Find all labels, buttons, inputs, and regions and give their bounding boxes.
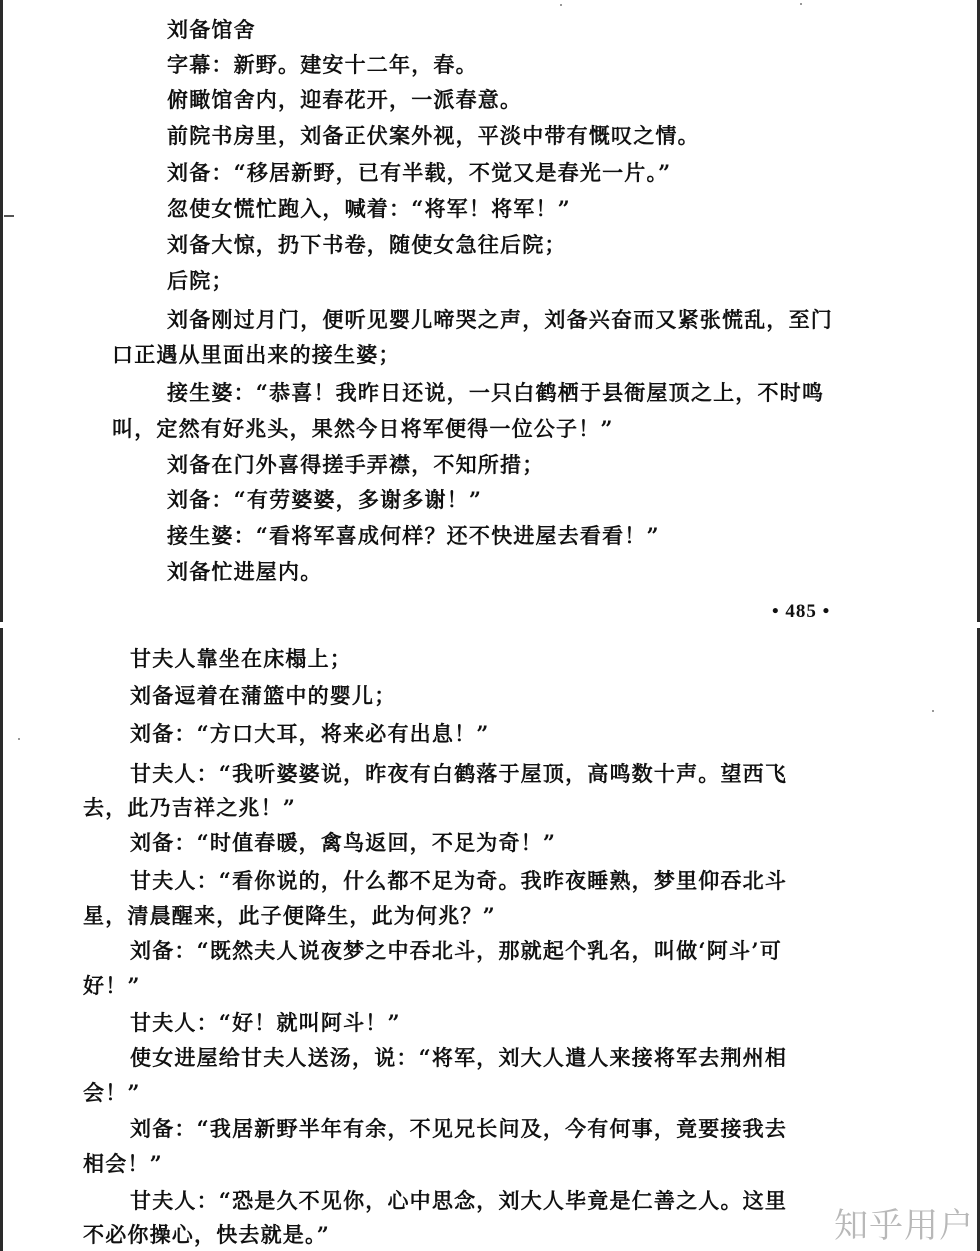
scan-speck <box>18 738 20 740</box>
text-line: 使女进屋给甘夫人送汤，说：“将军，刘大人遣人来接将军去荆州相 <box>130 1045 787 1071</box>
text-line: 不必你操心，快去就是。” <box>83 1222 330 1248</box>
scan-speck <box>932 710 934 712</box>
text-line: 甘夫人：“恐是久不见你，心中思念，刘大人毕竟是仁善之人。这里 <box>130 1188 787 1214</box>
page-edge-left <box>0 628 3 1251</box>
text-line: 刘备：“时值春暖，禽鸟返回，不足为奇！” <box>130 830 556 856</box>
text-line: 刘备刚过月门，便听见婴儿啼哭之声，刘备兴奋而又紧张慌乱，至门 <box>167 307 833 333</box>
page-edge-left <box>0 0 3 622</box>
text-line: 叫，定然有好兆头，果然今日将军便得一位公子！” <box>112 416 614 442</box>
text-line: 刘备：“我居新野半年有余，不见兄长问及，今有何事，竟要接我去 <box>130 1116 787 1142</box>
text-line: 刘备馆舍 <box>167 17 256 43</box>
text-line: 甘夫人：“我听婆婆说，昨夜有白鹤落于屋顶，高鸣数十声。望西飞 <box>130 761 787 787</box>
text-line: 刘备：“移居新野，已有半载，不觉又是春光一片。” <box>167 160 671 186</box>
top-page-scan: 刘备馆舍 字幕：新野。建安十二年，春。 俯瞰馆舍内，迎春花开，一派春意。 前院书… <box>0 0 980 622</box>
text-line: 忽使女慌忙跑入，喊着：“将军！将军！” <box>167 196 571 222</box>
text-line: 刘备逗着在蒲篮中的婴儿； <box>130 683 396 709</box>
text-line: 去，此乃吉祥之兆！” <box>83 795 296 821</box>
text-line: 字幕：新野。建安十二年，春。 <box>167 52 478 78</box>
text-line: 刘备忙进屋内。 <box>167 559 322 585</box>
text-line: 甘夫人：“好！就叫阿斗！” <box>130 1010 401 1036</box>
text-line: 好！” <box>83 973 141 999</box>
text-line: 后院； <box>167 268 234 294</box>
text-line: 甘夫人：“看你说的，什么都不足为奇。我昨夜睡熟，梦里仰吞北斗 <box>130 868 787 894</box>
text-line: 刘备：“既然夫人说夜梦之中吞北斗，那就起个乳名，叫做‘阿斗’可 <box>130 938 782 964</box>
text-line: 刘备大惊，扔下书卷，随使女急往后院； <box>167 232 567 258</box>
text-line: 刘备在门外喜得搓手弄襟，不知所措； <box>167 452 544 478</box>
text-line: 口正遇从里面出来的接生婆； <box>112 342 401 368</box>
scan-speck <box>560 4 562 6</box>
text-line: 相会！” <box>83 1151 163 1177</box>
watermark: 知乎用户 <box>834 1198 974 1247</box>
text-line: 甘夫人靠坐在床榻上； <box>130 646 352 672</box>
text-line: 前院书房里，刘备正伏案外视，平淡中带有慨叹之情。 <box>167 123 700 149</box>
text-line: 接生婆：“看将军喜成何样？还不快进屋去看看！” <box>167 523 660 549</box>
scan-mark <box>4 215 14 217</box>
text-line: 会！” <box>83 1080 141 1106</box>
scan-speck <box>800 3 802 5</box>
page-number: • 485 • <box>772 601 830 623</box>
text-line: 俯瞰馆舍内，迎春花开，一派春意。 <box>167 87 522 113</box>
text-line: 接生婆：“恭喜！我昨日还说，一只白鹤栖于县衙屋顶之上，不时鸣 <box>167 380 824 406</box>
text-line: 刘备：“有劳婆婆，多谢多谢！” <box>167 487 482 513</box>
bottom-page-scan: 甘夫人靠坐在床榻上； 刘备逗着在蒲篮中的婴儿； 刘备：“方口大耳，将来必有出息！… <box>0 628 980 1251</box>
text-line: 刘备：“方口大耳，将来必有出息！” <box>130 721 490 747</box>
text-line: 星，清晨醒来，此子便降生，此为何兆？” <box>83 903 496 929</box>
